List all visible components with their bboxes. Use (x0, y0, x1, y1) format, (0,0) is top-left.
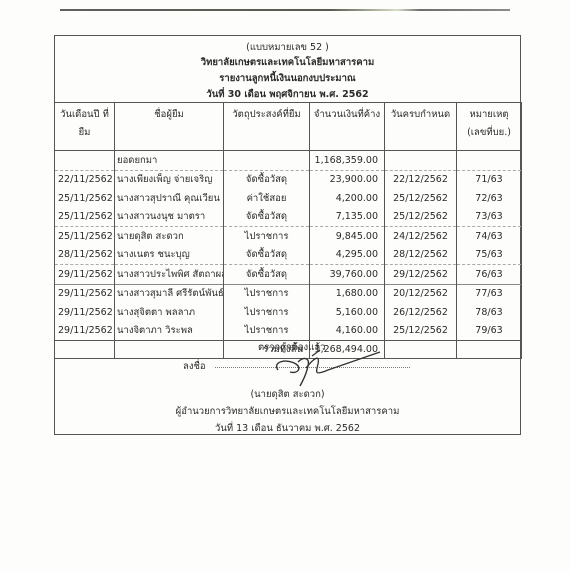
col-header-date: วันเดือนปี ที่ยืม (55, 103, 115, 151)
row-due-date: 29/12/2562 (385, 265, 457, 285)
row-purpose: จัดซื้อวัสดุ (224, 265, 310, 285)
report-date: วันที่ 30 เดือน พฤศจิกายน พ.ศ. 2562 (55, 87, 520, 103)
table-row: 22/11/2562นางเพียงเพ็ญ จ่ายเจริญจัดซื้อว… (55, 170, 522, 189)
row-note: 72/63 (457, 189, 522, 208)
report-title: รายงานลูกหนี้เงินนอกงบประมาณ (55, 71, 520, 87)
row-note: 79/63 (457, 322, 522, 341)
row-date: 29/11/2562 (55, 265, 115, 285)
row-due-date: 20/12/2562 (385, 284, 457, 303)
table-row: 29/11/2562นางสาวประไพพิศ สัตถาผลจัดซื้อว… (55, 265, 522, 285)
row-date: 22/11/2562 (55, 170, 115, 189)
row-date: 25/11/2562 (55, 189, 115, 208)
table-row: 28/11/2562นางเนตร ชนะบุญจัดซื้อวัสดุ4,29… (55, 246, 522, 265)
row-amount: 4,200.00 (310, 189, 385, 208)
row-date: 29/11/2562 (55, 303, 115, 322)
row-amount: 7,135.00 (310, 208, 385, 227)
row-purpose: ไปราชการ (224, 322, 310, 341)
row-amount: 23,900.00 (310, 170, 385, 189)
row-borrower: นางสาวสุมาลี ศรีรัตน์พันธ์ (115, 284, 224, 303)
col-header-purpose: วัตถุประสงค์ที่ยืม (224, 103, 310, 151)
row-due-date: 22/12/2562 (385, 170, 457, 189)
row-purpose: ค่าใช้สอย (224, 189, 310, 208)
row-borrower: นางสาวนงนุช มาตรา (115, 208, 224, 227)
table-row: 25/11/2562นางสาวสุปราณี คุณเวียนค่าใช้สอ… (55, 189, 522, 208)
row-borrower: นางสาวสุปราณี คุณเวียน (115, 189, 224, 208)
row-borrower: นางสาวประไพพิศ สัตถาผล (115, 265, 224, 285)
row-note: 73/63 (457, 208, 522, 227)
row-borrower: นางเพียงเพ็ญ จ่ายเจริญ (115, 170, 224, 189)
scan-edge-line (60, 9, 510, 11)
row-amount: 39,760.00 (310, 265, 385, 285)
row-note: 78/63 (457, 303, 522, 322)
row-amount: 4,295.00 (310, 246, 385, 265)
row-purpose: จัดซื้อวัสดุ (224, 246, 310, 265)
row-date: 29/11/2562 (55, 322, 115, 341)
row-date: 25/11/2562 (55, 208, 115, 227)
row-amount: 1,680.00 (310, 284, 385, 303)
row-borrower: นางเนตร ชนะบุญ (115, 246, 224, 265)
col-header-borrower: ชื่อผู้ยืม (115, 103, 224, 151)
row-due-date: 24/12/2562 (385, 227, 457, 246)
row-date: 29/11/2562 (55, 284, 115, 303)
organization-name: วิทยาลัยเกษตรและเทคโนโลยีมหาสารคาม (55, 55, 520, 71)
row-due-date: 28/12/2562 (385, 246, 457, 265)
handwritten-signature-icon (268, 348, 383, 388)
col-header-note: หมายเหตุ (เลขที่บย.) (457, 103, 522, 151)
row-note: 71/63 (457, 170, 522, 189)
row-note: 74/63 (457, 227, 522, 246)
row-borrower: นางสุจิตตา พลลาภ (115, 303, 224, 322)
row-note: 77/63 (457, 284, 522, 303)
table-row: 29/11/2562นางสาวสุมาลี ศรีรัตน์พันธ์ไปรา… (55, 284, 522, 303)
row-amount: 5,160.00 (310, 303, 385, 322)
row-borrower: นายดุสิต สะดวก (115, 227, 224, 246)
brought-forward-row: ยอดยกมา 1,168,359.00 (55, 151, 522, 171)
table-row: 29/11/2562นางสุจิตตา พลลาภไปราชการ5,160.… (55, 303, 522, 322)
debtor-table: วันเดือนปี ที่ยืม ชื่อผู้ยืม วัตถุประสงค… (54, 102, 522, 359)
col-header-due-date: วันครบกำหนด (385, 103, 457, 151)
table-row: 29/11/2562นางจิตาภา วิระพลไปราชการ4,160.… (55, 322, 522, 341)
row-purpose: ไปราชการ (224, 284, 310, 303)
row-purpose: จัดซื้อวัสดุ (224, 170, 310, 189)
table-header-row: วันเดือนปี ที่ยืม ชื่อผู้ยืม วัตถุประสงค… (55, 103, 522, 151)
sign-label: ลงชื่อ (183, 359, 206, 374)
table-row: 25/11/2562นายดุสิต สะดวกไปราชการ9,845.00… (55, 227, 522, 246)
form-number: (แบบหมายเลข 52 ) (55, 40, 520, 56)
row-purpose: ไปราชการ (224, 227, 310, 246)
brought-forward-amount: 1,168,359.00 (310, 151, 385, 171)
row-due-date: 25/12/2562 (385, 189, 457, 208)
row-due-date: 25/12/2562 (385, 208, 457, 227)
row-borrower: นางจิตาภา วิระพล (115, 322, 224, 341)
row-date: 28/11/2562 (55, 246, 115, 265)
row-note: 76/63 (457, 265, 522, 285)
signer-position: ผู้อำนวยการวิทยาลัยเกษตรและเทคโนโลยีมหาส… (55, 404, 520, 419)
row-due-date: 25/12/2562 (385, 322, 457, 341)
row-purpose: ไปราชการ (224, 303, 310, 322)
row-note: 75/63 (457, 246, 522, 265)
row-purpose: จัดซื้อวัสดุ (224, 208, 310, 227)
signer-name: (นายดุสิต สะดวก) (55, 387, 520, 402)
table-row: 25/11/2562นางสาวนงนุช มาตราจัดซื้อวัสดุ7… (55, 208, 522, 227)
brought-forward-label: ยอดยกมา (115, 151, 224, 171)
row-due-date: 26/12/2562 (385, 303, 457, 322)
row-date: 25/11/2562 (55, 227, 115, 246)
row-amount: 9,845.00 (310, 227, 385, 246)
col-header-amount: จำนวนเงินที่ค้าง (310, 103, 385, 151)
sign-date: วันที่ 13 เดือน ธันวาคม พ.ศ. 2562 (55, 421, 520, 436)
row-amount: 4,160.00 (310, 322, 385, 341)
report-frame: (แบบหมายเลข 52 ) วิทยาลัยเกษตรและเทคโนโล… (54, 35, 521, 435)
